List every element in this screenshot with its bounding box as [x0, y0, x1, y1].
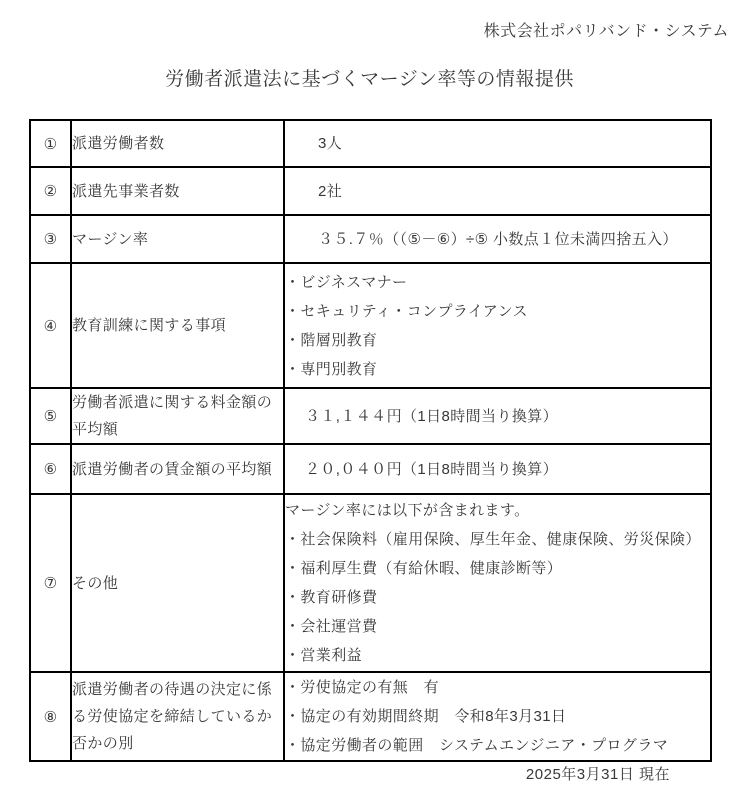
row-number-cell: ④ — [30, 263, 71, 388]
row-value-cell: ３１,１４４円（1日8時間当り換算） — [284, 388, 711, 444]
value-line: ・福利厚生費（有給休暇、健康診断等） — [285, 554, 710, 583]
document-page: 株式会社ポパリバンド・システム 労働者派遣法に基づくマージン率等の情報提供 ① … — [0, 0, 739, 799]
row-label-cell: 派遣労働者の待遇の決定に係る労使協定を締結しているか否かの別 — [71, 672, 284, 761]
table-body: ① 派遣労働者数 3人 ② 派遣先事業者数 2社 ③ マージン率 ３５.７％（（… — [30, 120, 711, 761]
row-number-cell: ③ — [30, 215, 71, 263]
value-line: ・セキュリティ・コンプライアンス — [285, 297, 710, 326]
value-line: ・協定労働者の範囲 システムエンジニア・プログラマ — [285, 731, 710, 760]
row-label-cell: マージン率 — [71, 215, 284, 263]
row-value-cell: ・ビジネスマナー ・セキュリティ・コンプライアンス ・階層別教育 ・専門別教育 — [284, 263, 711, 388]
value-line: ・営業利益 — [285, 641, 710, 670]
row-value-cell: ・労使協定の有無 有 ・協定の有効期間終期 令和8年3月31日 ・協定労働者の範… — [284, 672, 711, 761]
row-number-cell: ⑤ — [30, 388, 71, 444]
table-row-other: ⑦ その他 マージン率には以下が含まれます。 ・社会保険料（雇用保険、厚生年金、… — [30, 494, 711, 672]
row-label-cell: その他 — [71, 494, 284, 672]
as-of-date: 2025年3月31日 現在 — [526, 763, 670, 784]
row-number-cell: ⑦ — [30, 494, 71, 672]
row-value-cell: 2社 — [284, 167, 711, 215]
value-line: ・教育研修費 — [285, 583, 710, 612]
value-line: ・階層別教育 — [285, 326, 710, 355]
margin-info-table: ① 派遣労働者数 3人 ② 派遣先事業者数 2社 ③ マージン率 ３５.７％（（… — [29, 119, 712, 762]
value-line: ・ビジネスマナー — [285, 268, 710, 297]
value-line: ・会社運営費 — [285, 612, 710, 641]
row-value-cell: マージン率には以下が含まれます。 ・社会保険料（雇用保険、厚生年金、健康保険、労… — [284, 494, 711, 672]
table-row-training: ④ 教育訓練に関する事項 ・ビジネスマナー ・セキュリティ・コンプライアンス ・… — [30, 263, 711, 388]
table-row-average-fee: ⑤ 労働者派遣に関する料金額の平均額 ３１,１４４円（1日8時間当り換算） — [30, 388, 711, 444]
row-value-cell: ３５.７％（（⑤－⑥）÷⑤ 小数点１位未満四捨五入） — [284, 215, 711, 263]
document-title: 労働者派遣法に基づくマージン率等の情報提供 — [0, 64, 739, 91]
table-row-average-wage: ⑥ 派遣労働者の賃金額の平均額 ２０,０４０円（1日8時間当り換算） — [30, 444, 711, 494]
table-row-labor-agreement: ⑧ 派遣労働者の待遇の決定に係る労使協定を締結しているか否かの別 ・労使協定の有… — [30, 672, 711, 761]
row-number-cell: ⑥ — [30, 444, 71, 494]
value-line: ・協定の有効期間終期 令和8年3月31日 — [285, 702, 710, 731]
row-label-cell: 教育訓練に関する事項 — [71, 263, 284, 388]
table-row-client-companies: ② 派遣先事業者数 2社 — [30, 167, 711, 215]
row-label-cell: 派遣労働者の賃金額の平均額 — [71, 444, 284, 494]
row-label-cell: 派遣先事業者数 — [71, 167, 284, 215]
value-line: ・社会保険料（雇用保険、厚生年金、健康保険、労災保険） — [285, 525, 710, 554]
table-row-dispatch-workers: ① 派遣労働者数 3人 — [30, 120, 711, 167]
row-label-cell: 派遣労働者数 — [71, 120, 284, 167]
company-name: 株式会社ポパリバンド・システム — [484, 18, 729, 41]
table-row-margin-rate: ③ マージン率 ３５.７％（（⑤－⑥）÷⑤ 小数点１位未満四捨五入） — [30, 215, 711, 263]
value-line: ・労使協定の有無 有 — [285, 673, 710, 702]
row-number-cell: ① — [30, 120, 71, 167]
row-label-cell: 労働者派遣に関する料金額の平均額 — [71, 388, 284, 444]
row-number-cell: ② — [30, 167, 71, 215]
row-number-cell: ⑧ — [30, 672, 71, 761]
row-value-cell: ２０,０４０円（1日8時間当り換算） — [284, 444, 711, 494]
value-line: ・専門別教育 — [285, 355, 710, 384]
row-value-cell: 3人 — [284, 120, 711, 167]
value-line: マージン率には以下が含まれます。 — [285, 496, 710, 525]
